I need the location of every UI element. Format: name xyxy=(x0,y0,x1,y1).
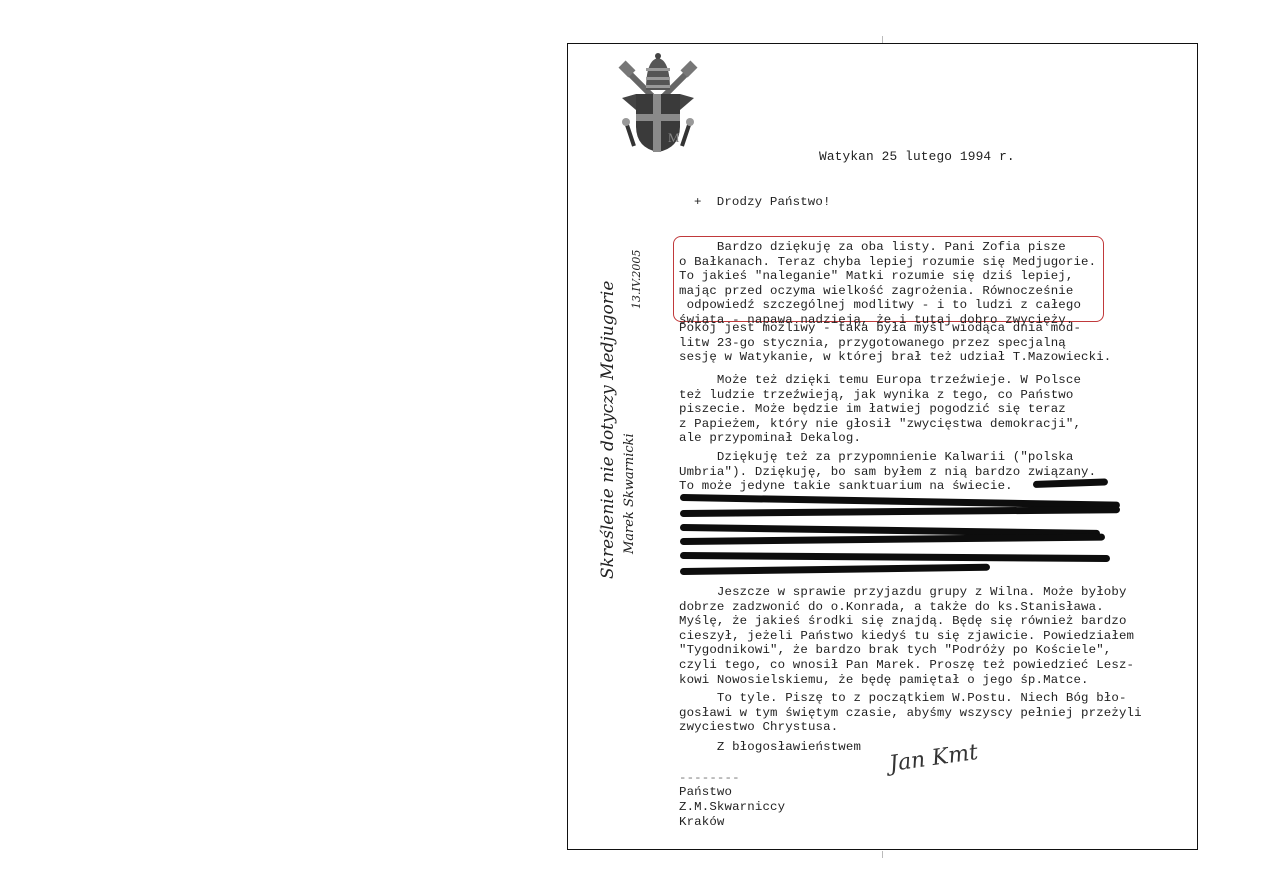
redaction-mark xyxy=(1033,478,1108,488)
letter-line: gosławi w tym świętym czasie, abyśmy wsz… xyxy=(679,706,1142,721)
fold-mark-bottom xyxy=(882,851,883,858)
letter-salutation: + Drodzy Państwo! xyxy=(694,195,831,210)
letter-line: Dziękuję też za przypomnienie Kalwarii (… xyxy=(679,450,1073,465)
letter-line: To tyle. Piszę to z początkiem W.Postu. … xyxy=(679,691,1127,706)
redaction-mark xyxy=(680,506,1120,517)
addressee-line-3: Kraków xyxy=(679,815,725,830)
letter-line: odpowiedź szczególnej modlitwy - i to lu… xyxy=(679,298,1081,313)
letter-line: Umbria"). Dziękuję, bo sam byłem z nią b… xyxy=(679,465,1096,480)
letter-line: dobrze zadzwonić do o.Konrada, a także d… xyxy=(679,600,1104,615)
addressee-line-1: Państwo xyxy=(679,785,732,800)
separator: -------- xyxy=(679,771,740,786)
redaction-mark xyxy=(680,564,990,575)
letter-line: też ludzie trzeźwieją, jak wynika z tego… xyxy=(679,388,1073,403)
addressee-line-2: Z.M.Skwarniccy xyxy=(679,800,785,815)
letter-line: To jakieś "naleganie" Matki rozumie się … xyxy=(679,269,1073,284)
letter-line: cieszył, jeżeli Państwo kiedyś tu się zj… xyxy=(679,629,1134,644)
letter-line: kowi Nowosielskiemu, że będę pamiętał o … xyxy=(679,673,1089,688)
letter-date: Watykan 25 lutego 1994 r. xyxy=(819,150,1015,165)
letter-line: mając przed oczyma wielkość zagrożenia. … xyxy=(679,284,1073,299)
margin-note-date: 13.IV.2005 xyxy=(630,250,643,309)
letter-page: M Watykan 25 lutego 1994 r. + Drodzy Pań… xyxy=(567,43,1198,850)
letter-line: o Bałkanach. Teraz chyba lepiej rozumie … xyxy=(679,255,1096,270)
letter-line: To może jedyne takie sanktuarium na świe… xyxy=(679,479,1013,494)
letter-line: litw 23-go stycznia, przygotowanego prze… xyxy=(679,336,1066,351)
letter-line: czyli tego, co wnosił Pan Marek. Proszę … xyxy=(679,658,1134,673)
letter-line: z Papieżem, który nie głosił "zwycięstwa… xyxy=(679,417,1081,432)
margin-note-line-1: Skreślenie nie dotyczy Medjugorie xyxy=(598,281,618,579)
fold-mark-top xyxy=(882,36,883,43)
letter-line: sesję w Watykanie, w której brał też udz… xyxy=(679,350,1111,365)
letter-line: Pokój jest możliwy - taka była myśl wiod… xyxy=(679,321,1081,336)
letter-line: ale przypominał Dekalog. xyxy=(679,431,861,446)
margin-note-line-2: Marek Skwarnicki xyxy=(622,433,637,554)
papal-coat-of-arms-icon: M xyxy=(612,50,704,154)
letter-line: piszecie. Może będzie im łatwiej pogodzi… xyxy=(679,402,1066,417)
redaction-mark xyxy=(680,534,1105,545)
letter-line: Jeszcze w sprawie przyjazdu grupy z Wiln… xyxy=(679,585,1127,600)
svg-text:M: M xyxy=(668,130,680,145)
letter-line: Myślę, że jakieś środki się znajdą. Będę… xyxy=(679,614,1127,629)
signature: Jan Kmt xyxy=(888,740,980,777)
letter-line: Może też dzięki temu Europa trzeźwieje. … xyxy=(679,373,1081,388)
redaction-mark xyxy=(680,552,1110,562)
letter-line: zwyciestwo Chrystusa. xyxy=(679,720,838,735)
letter-line: "Tygodnikowi", że bardzo brak tych "Podr… xyxy=(679,643,1111,658)
letter-closing: Z błogosławieństwem xyxy=(679,740,861,755)
letter-line: Bardzo dziękuję za oba listy. Pani Zofia… xyxy=(679,240,1066,255)
